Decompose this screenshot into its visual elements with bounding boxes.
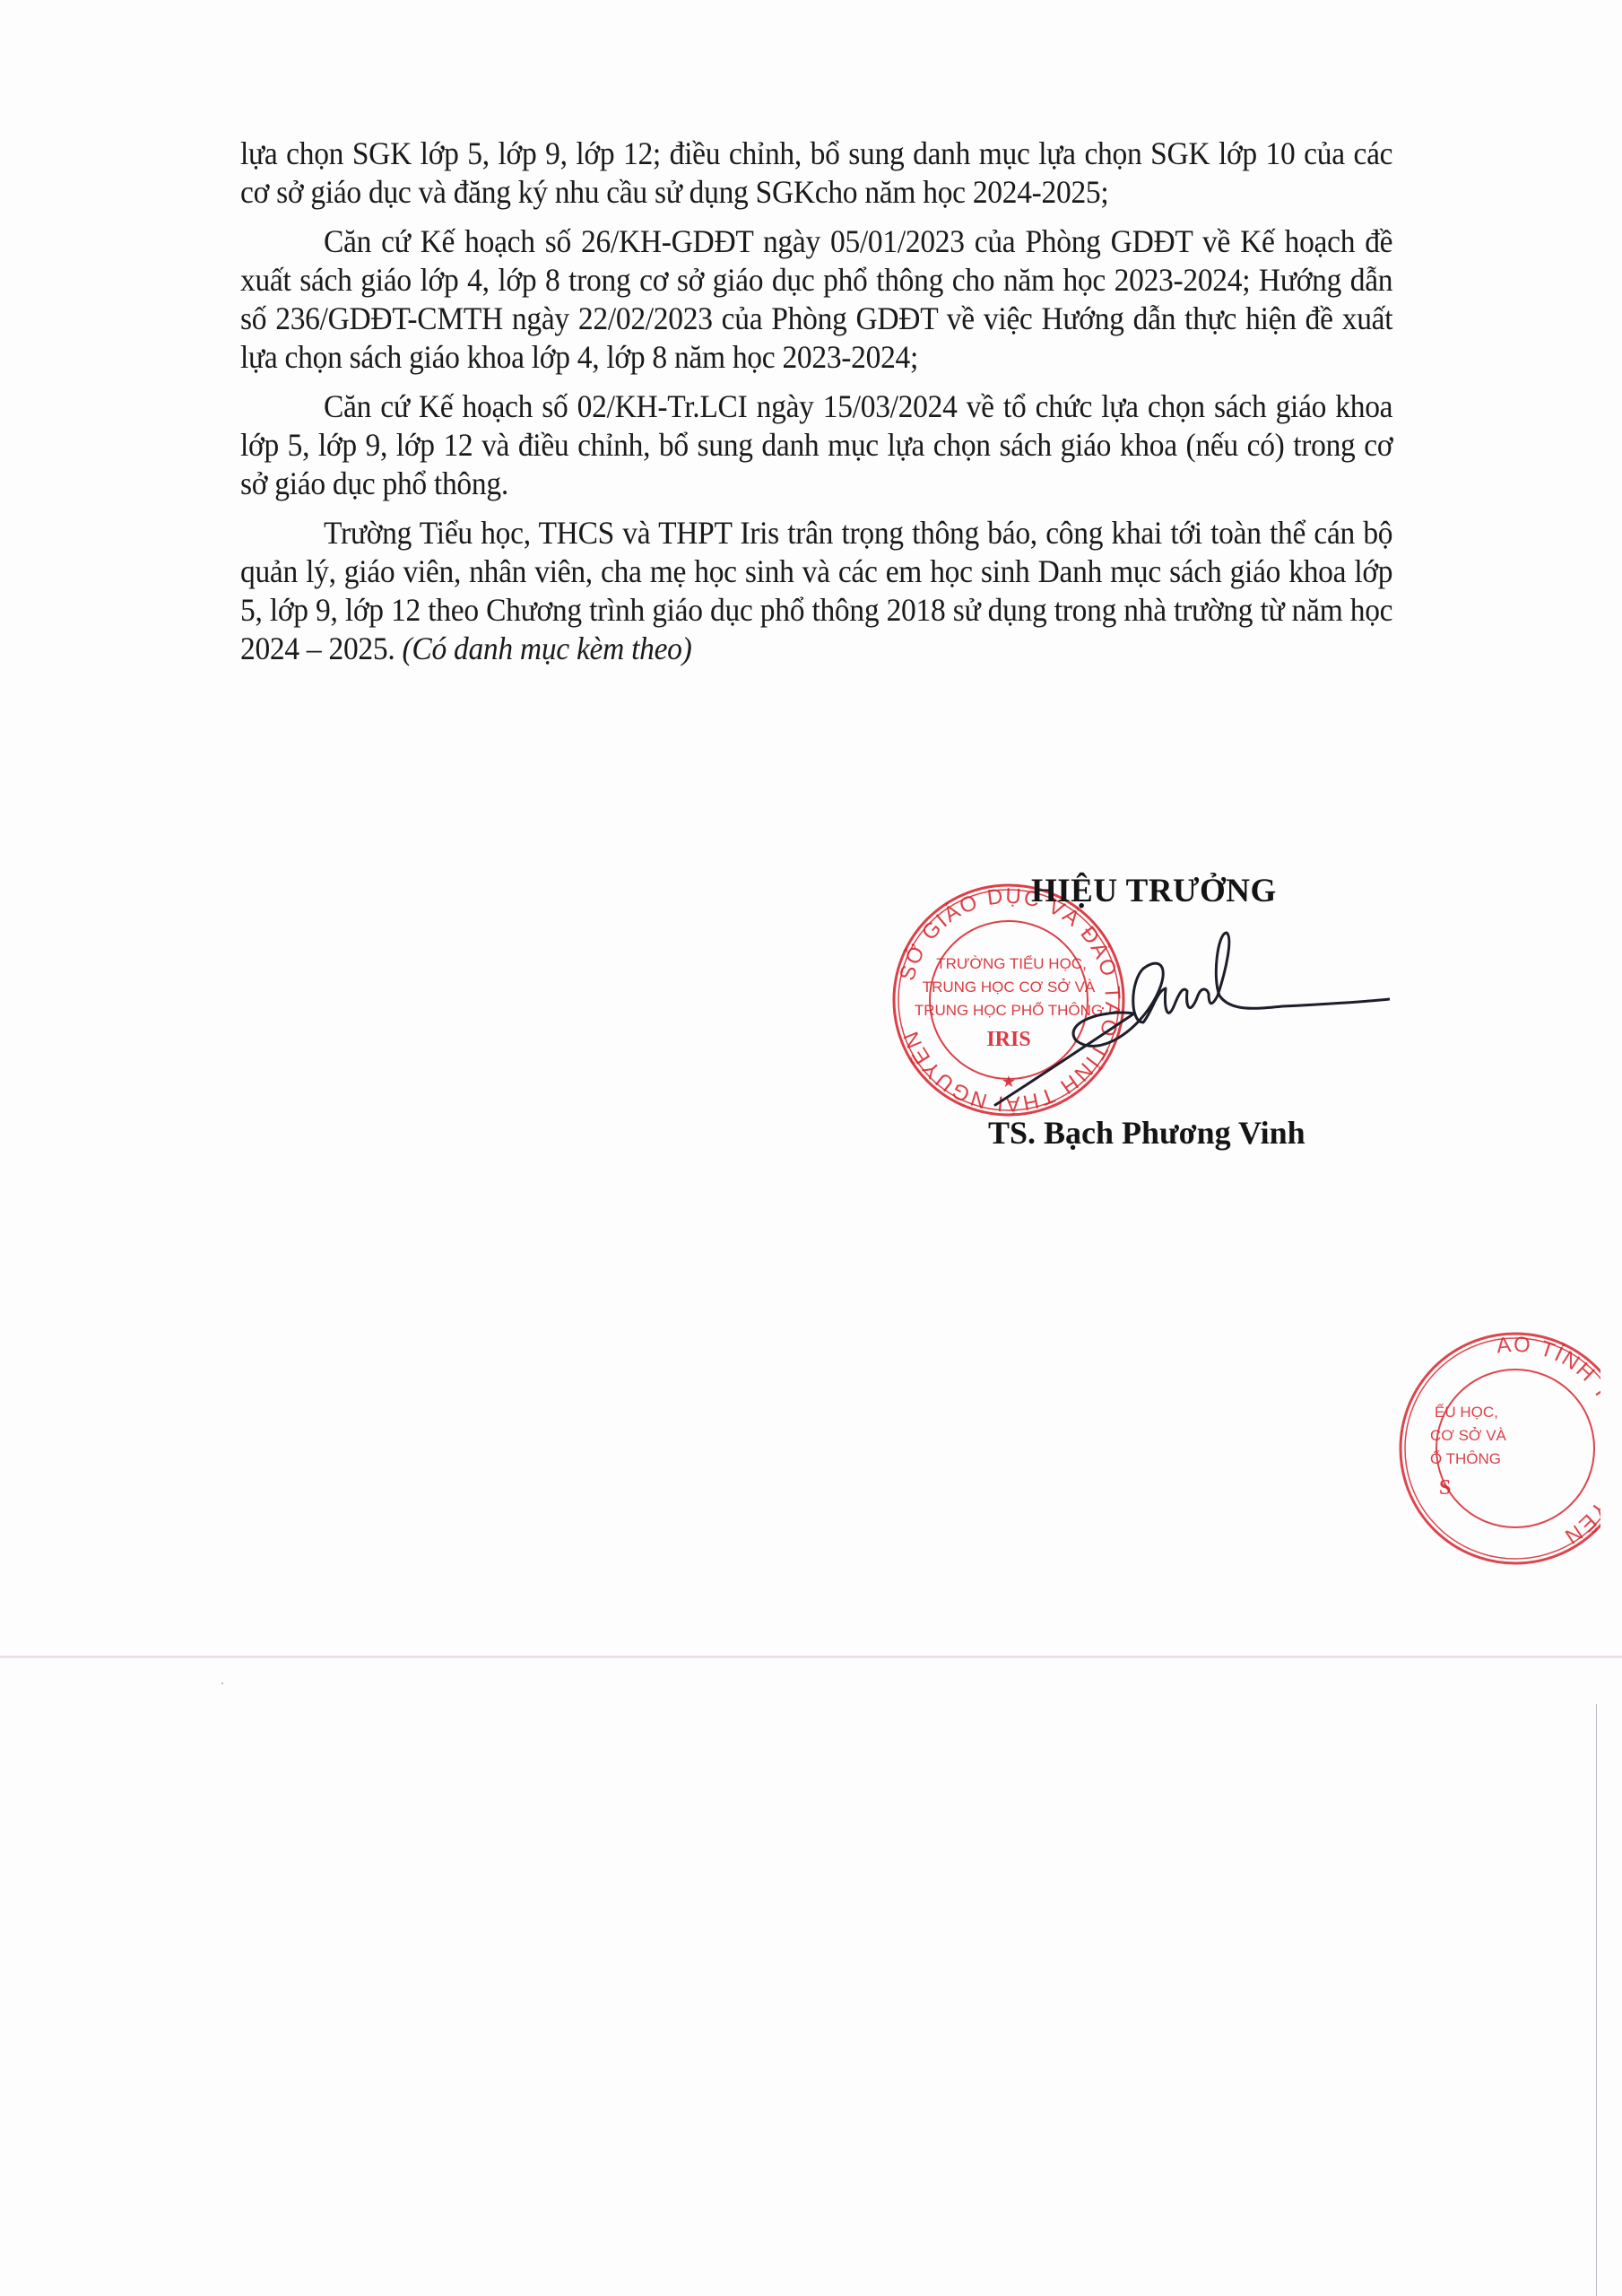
margin-stamp-outer-text: AO TỈNH THÁI NGUYÊN <box>1496 1333 1600 1550</box>
scan-speck <box>221 1683 223 1684</box>
margin-stamp-line-3: Ổ THÔNG <box>1430 1450 1501 1467</box>
scanned-document-page: lựa chọn SGK lớp 5, lớp 9, lớp 12; điều … <box>0 0 1622 2296</box>
scan-page-edge <box>1596 1704 1597 2296</box>
page-separator <box>0 1656 1622 1658</box>
paragraph-continuation: lựa chọn SGK lớp 5, lớp 9, lớp 12; điều … <box>240 135 1392 212</box>
margin-stamp-center: S <box>1439 1476 1451 1500</box>
handwritten-signature-icon <box>977 906 1390 1121</box>
signature-block: SỞ GIÁO DỤC VÀ ĐÀO TẠO TỈNH THÁI NGUYÊN … <box>888 852 1390 1175</box>
paragraph-plan-26: Căn cứ Kế hoạch số 26/KH-GDĐT ngày 05/01… <box>240 222 1392 377</box>
attachment-note: (Có danh mục kèm theo) <box>403 631 692 666</box>
signer-title: HIỆU TRƯỞNG <box>1031 872 1277 910</box>
margin-stamp-line-1: ỂU HỌC, <box>1435 1404 1498 1421</box>
paragraph-plan-02: Căn cứ Kế hoạch số 02/KH-Tr.LCI ngày 15/… <box>240 387 1392 503</box>
signer-name: TS. Bạch Phương Vinh <box>988 1114 1305 1152</box>
document-body: lựa chọn SGK lớp 5, lớp 9, lớp 12; điều … <box>240 135 1392 679</box>
paragraph-announcement: Trường Tiểu học, THCS và THPT Iris trân … <box>240 514 1392 668</box>
margin-stamp-line-2: CƠ SỞ VÀ <box>1430 1427 1507 1444</box>
svg-text:AO TỈNH THÁI NGUYÊN: AO TỈNH THÁI NGUYÊN <box>1496 1333 1600 1550</box>
margin-stamp-icon: AO TỈNH THÁI NGUYÊN ỂU HỌC, CƠ SỞ VÀ Ổ T… <box>1358 1327 1600 1570</box>
